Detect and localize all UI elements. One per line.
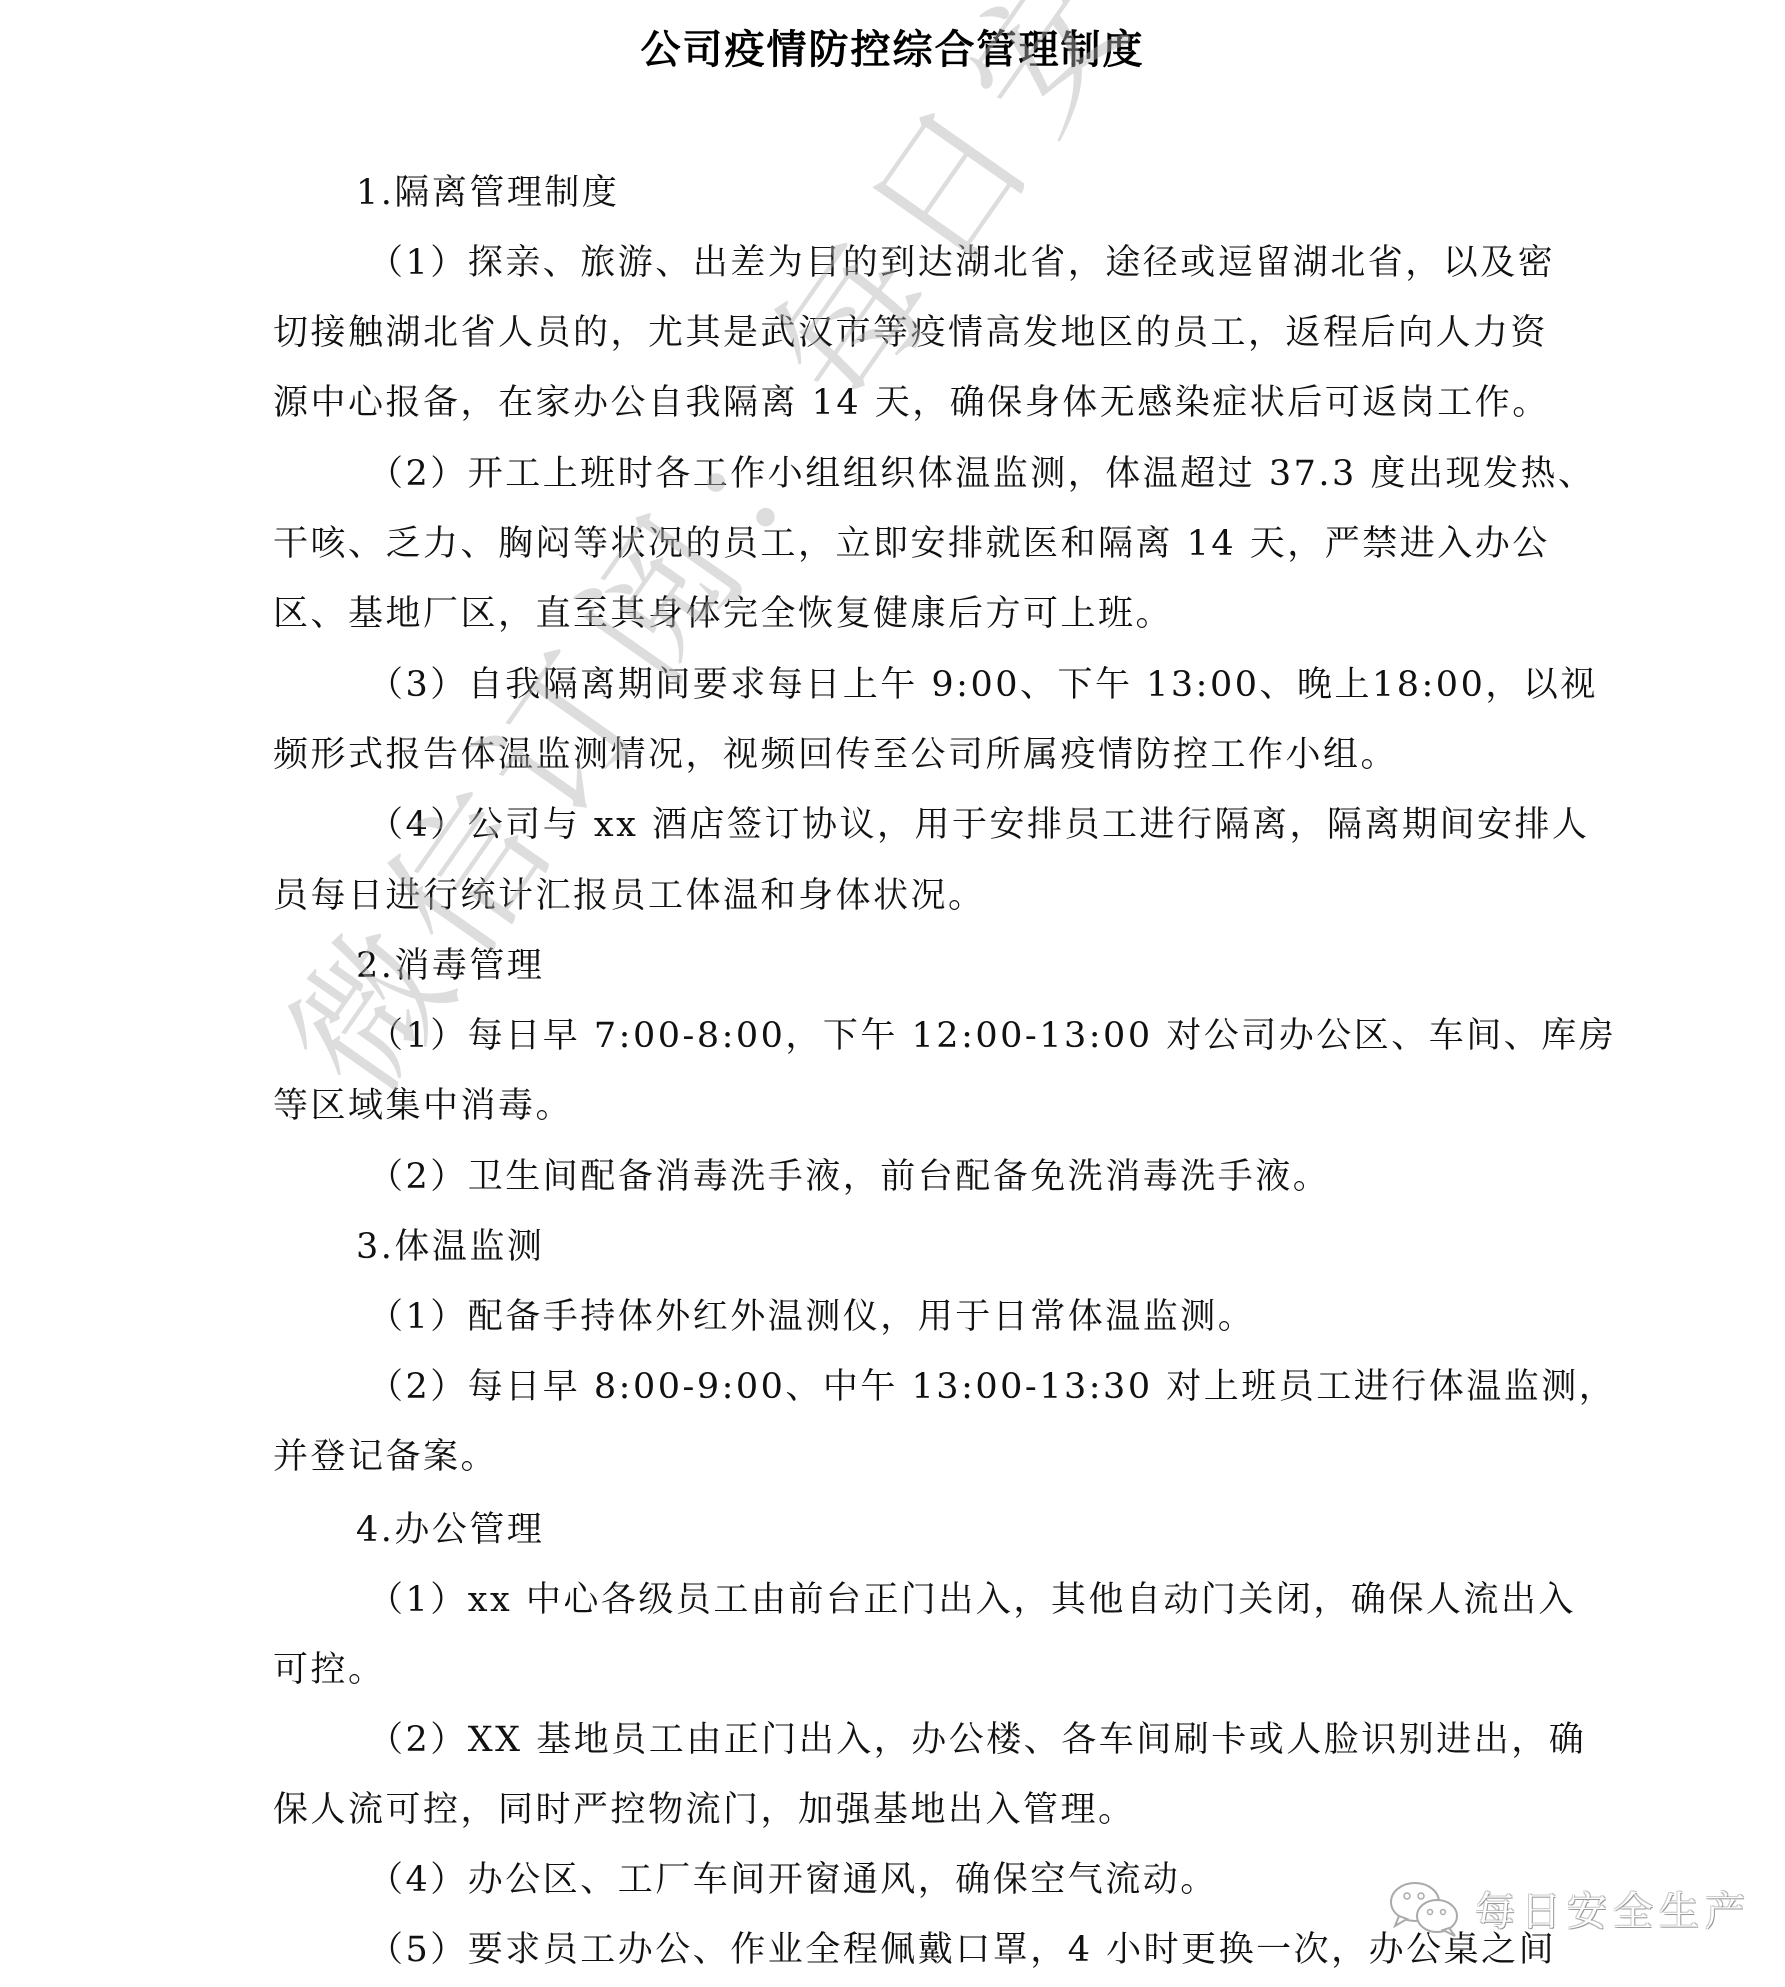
paragraph-line: 源中心报备，在家办公自我隔离 14 天，确保身体无感染症状后可返岗工作。 xyxy=(273,381,1550,425)
paragraph-line: 干咳、乏力、胸闷等状况的员工，立即安排就医和隔离 14 天，严禁进入办公 xyxy=(273,522,1550,566)
paragraph-line: （2）开工上班时各工作小组组织体温监测，体温超过 37.3 度出现发热、 xyxy=(368,452,1595,496)
paragraph-line: （2）XX 基地员工由正门出入，办公楼、各车间刷卡或人脸识别进出，确 xyxy=(368,1718,1586,1762)
paragraph-line: （4）办公区、工厂车间开窗通风，确保空气流动。 xyxy=(368,1858,1218,1902)
wechat-icon xyxy=(1385,1878,1465,1938)
paragraph-line: （1）配备手持体外红外温测仪，用于日常体温监测。 xyxy=(368,1295,1255,1339)
brand-watermark: 每日安全生产 xyxy=(1385,1878,1751,1938)
paragraph-line: （5）要求员工办公、作业全程佩戴口罩，4 小时更换一次，办公桌之间 xyxy=(368,1928,1556,1972)
paragraph-line: 频形式报告体温监测情况，视频回传至公司所属疫情防控工作小组。 xyxy=(273,733,1398,777)
paragraph-line: （1）xx 中心各级员工由前台正门出入，其他自动门关闭，确保人流出入 xyxy=(368,1578,1576,1622)
paragraph-line: 区、基地厂区，直至其身体完全恢复健康后方可上班。 xyxy=(273,592,1173,636)
paragraph-line: （1）探亲、旅游、出差为目的到达湖北省，途径或逗留湖北省，以及密 xyxy=(368,241,1555,285)
paragraph-line: （4）公司与 xx 酒店签订协议，用于安排员工进行隔离，隔离期间安排人 xyxy=(368,803,1590,847)
paragraph-line: （2）卫生间配备消毒洗手液，前台配备免洗消毒洗手液。 xyxy=(368,1155,1330,1199)
section-heading: 3.体温监测 xyxy=(356,1225,544,1269)
paragraph-line: 并登记备案。 xyxy=(273,1435,498,1479)
paragraph-line: 等区域集中消毒。 xyxy=(273,1084,573,1128)
brand-name: 每日安全生产 xyxy=(1475,1880,1751,1937)
paragraph-line: 切接触湖北省人员的，尤其是武汉市等疫情高发地区的员工，返程后向人力资 xyxy=(273,311,1548,355)
paragraph-line: 员每日进行统计汇报员工体温和身体状况。 xyxy=(273,874,986,918)
section-heading: 1.隔离管理制度 xyxy=(356,171,619,215)
paragraph-line: （2）每日早 8:00-9:00、中午 13:00-13:30 对上班员工进行体… xyxy=(368,1365,1616,1409)
paragraph-line: （3）自我隔离期间要求每日上午 9:00、下午 13:00、晚上18:00，以视 xyxy=(368,663,1598,707)
paragraph-line: 可控。 xyxy=(273,1648,386,1692)
document-title: 公司疫情防控综合管理制度 xyxy=(0,18,1785,75)
section-heading: 2.消毒管理 xyxy=(356,944,544,988)
paragraph-line: 保人流可控，同时严控物流门，加强基地出入管理。 xyxy=(273,1788,1136,1832)
section-heading: 4.办公管理 xyxy=(356,1508,544,1552)
paragraph-line: （1）每日早 7:00-8:00，下午 12:00-13:00 对公司办公区、车… xyxy=(368,1014,1616,1058)
